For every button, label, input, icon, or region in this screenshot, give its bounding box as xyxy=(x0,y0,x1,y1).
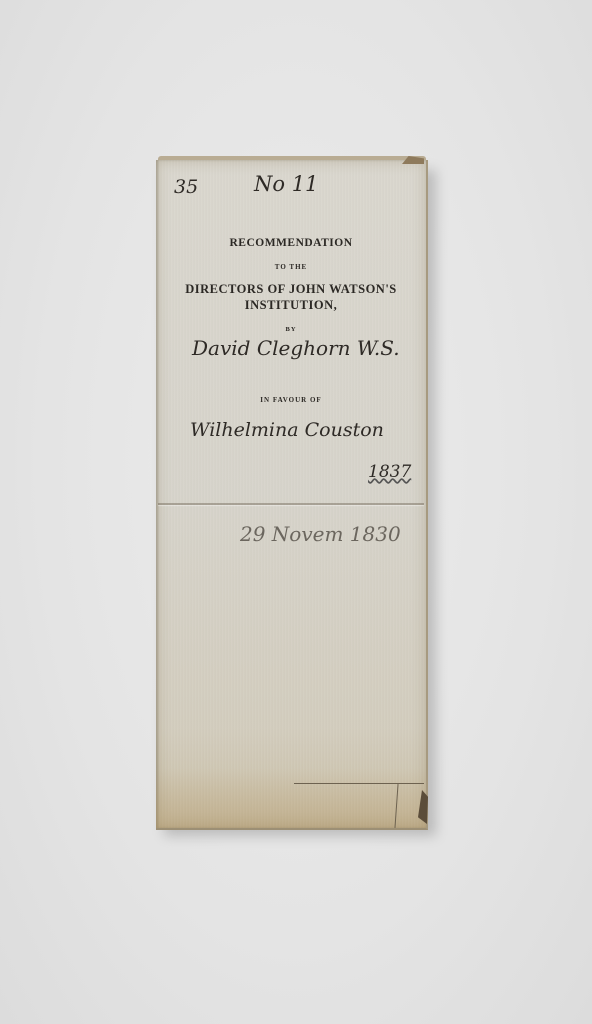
to-the-label: TO THE xyxy=(156,263,426,271)
in-favour-of-label: IN FAVOUR OF xyxy=(156,396,426,404)
item-number: No 11 xyxy=(254,172,318,196)
beneficiary-name: Wilhelmina Couston xyxy=(190,419,384,441)
institution-line: INSTITUTION, xyxy=(156,298,426,313)
bottom-stain xyxy=(156,768,426,828)
fold-crease xyxy=(158,503,424,505)
tear-line-horizontal xyxy=(294,783,424,784)
archive-number: 35 xyxy=(174,176,198,198)
year-annotation: 1837 xyxy=(368,462,411,482)
recommender-signature: David Cleghorn W.S. xyxy=(192,336,400,360)
directors-line: DIRECTORS OF JOHN WATSON'S xyxy=(156,282,426,297)
folded-document: 35 No 11 RECOMMENDATION TO THE DIRECTORS… xyxy=(156,160,428,830)
title-recommendation: RECOMMENDATION xyxy=(156,237,426,249)
by-label: BY xyxy=(156,326,426,333)
date-annotation: 29 Novem 1830 xyxy=(240,522,401,546)
